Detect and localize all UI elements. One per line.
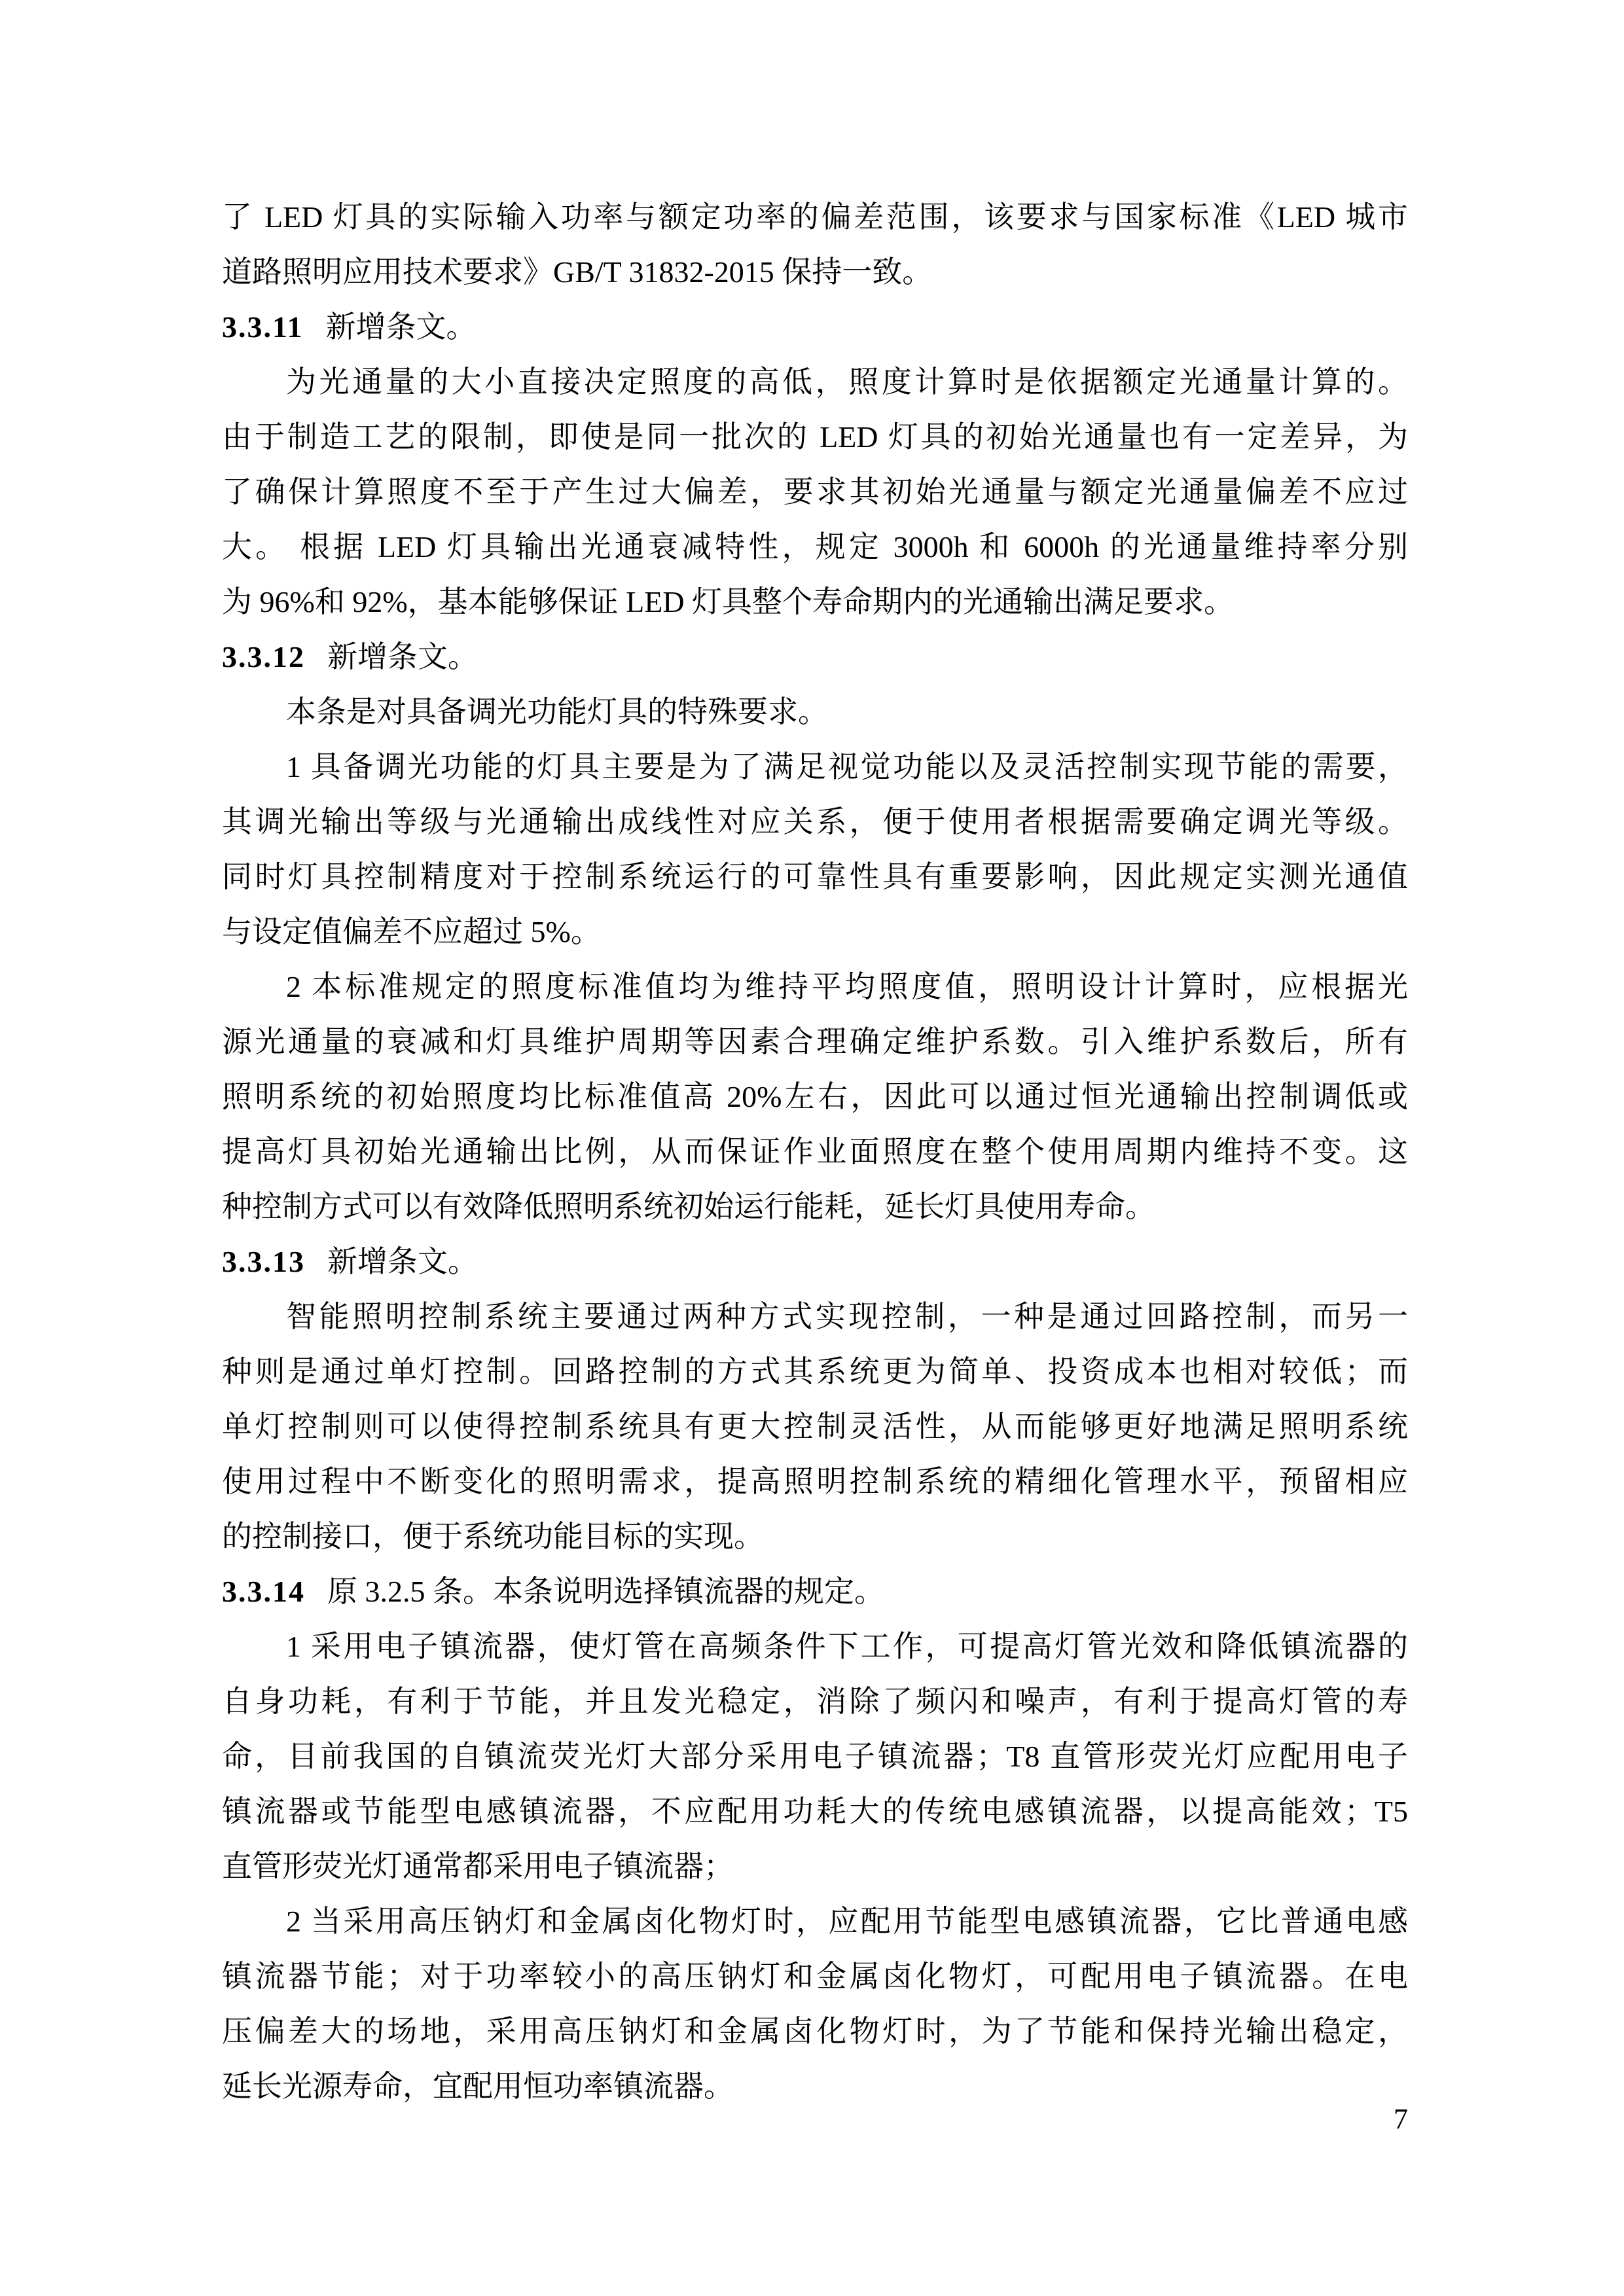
section-number: 3.3.13 [222,1245,305,1278]
section-heading: 3.3.12新增条文。 [222,630,1408,685]
text-line: 为 96%和 92%，基本能够保证 LED 灯具整个寿命期内的光通输出满足要求。 [222,575,1408,630]
text-line: 大。 根据 LED 灯具输出光通衰减特性，规定 3000h 和 6000h 的光… [222,520,1408,575]
text-line: 源光通量的衰减和灯具维护周期等因素合理确定维护系数。引入维护系数后，所有 [222,1014,1408,1069]
text-line: 与设定值偏差不应超过 5%。 [222,905,1408,960]
text-line: 道路照明应用技术要求》GB/T 31832-2015 保持一致。 [222,245,1408,300]
text-line: 其调光输出等级与光通输出成线性对应关系，便于使用者根据需要确定调光等级。 [222,795,1408,850]
text-line: 压偏差大的场地，采用高压钠灯和金属卤化物灯时，为了节能和保持光输出稳定， [222,2004,1408,2059]
section-number: 3.3.12 [222,640,305,673]
text-line: 命，目前我国的自镇流荧光灯大部分采用电子镇流器；T8 直管形荧光灯应配用电子 [222,1729,1408,1784]
text-line: 1 具备调光功能的灯具主要是为了满足视觉功能以及灵活控制实现节能的需要， [222,740,1408,795]
text-line: 智能照明控制系统主要通过两种方式实现控制，一种是通过回路控制，而另一 [222,1289,1408,1344]
section-title: 新增条文。 [327,1245,478,1278]
text-line: 为光通量的大小直接决定照度的高低，照度计算时是依据额定光通量计算的。 [222,355,1408,410]
text-line: 由于制造工艺的限制，即使是同一批次的 LED 灯具的初始光通量也有一定差异，为 [222,410,1408,465]
text-line: 2 本标准规定的照度标准值均为维持平均照度值，照明设计计算时，应根据光 [222,960,1408,1014]
text-line: 使用过程中不断变化的照明需求，提高照明控制系统的精细化管理水平，预留相应 [222,1454,1408,1509]
text-line: 提高灯具初始光通输出比例，从而保证作业面照度在整个使用周期内维持不变。这 [222,1124,1408,1179]
page-number: 7 [1394,2098,1408,2141]
text-line: 的控制接口，便于系统功能目标的实现。 [222,1509,1408,1564]
text-line: 照明系统的初始照度均比标准值高 20%左右，因此可以通过恒光通输出控制调低或 [222,1069,1408,1124]
section-heading: 3.3.11新增条文。 [222,300,1408,355]
text-line: 直管形荧光灯通常都采用电子镇流器； [222,1839,1408,1894]
text-line: 单灯控制则可以使得控制系统具有更大控制灵活性，从而能够更好地满足照明系统 [222,1399,1408,1454]
section-number: 3.3.11 [222,310,303,344]
text-line: 2 当采用高压钠灯和金属卤化物灯时，应配用节能型电感镇流器，它比普通电感 [222,1894,1408,1949]
text-line: 了 LED 灯具的实际输入功率与额定功率的偏差范围，该要求与国家标准《LED 城… [222,190,1408,245]
document-page: 了 LED 灯具的实际输入功率与额定功率的偏差范围，该要求与国家标准《LED 城… [0,0,1624,2296]
text-line: 种则是通过单灯控制。回路控制的方式其系统更为简单、投资成本也相对较低；而 [222,1344,1408,1399]
text-line: 同时灯具控制精度对于控制系统运行的可靠性具有重要影响，因此规定实测光通值 [222,850,1408,905]
section-heading: 3.3.14原 3.2.5 条。本条说明选择镇流器的规定。 [222,1564,1408,1619]
document-body: 了 LED 灯具的实际输入功率与额定功率的偏差范围，该要求与国家标准《LED 城… [222,190,1408,2114]
text-line: 本条是对具备调光功能灯具的特殊要求。 [222,685,1408,740]
text-line: 镇流器节能；对于功率较小的高压钠灯和金属卤化物灯，可配用电子镇流器。在电 [222,1949,1408,2004]
text-line: 1 采用电子镇流器，使灯管在高频条件下工作，可提高灯管光效和降低镇流器的 [222,1619,1408,1674]
text-line: 种控制方式可以有效降低照明系统初始运行能耗，延长灯具使用寿命。 [222,1179,1408,1234]
section-number: 3.3.14 [222,1575,305,1608]
section-title: 原 3.2.5 条。本条说明选择镇流器的规定。 [327,1575,884,1608]
section-title: 新增条文。 [325,310,476,344]
section-title: 新增条文。 [327,640,478,673]
text-line: 镇流器或节能型电感镇流器，不应配用功耗大的传统电感镇流器，以提高能效；T5 [222,1784,1408,1839]
text-line: 自身功耗，有利于节能，并且发光稳定，消除了频闪和噪声，有利于提高灯管的寿 [222,1674,1408,1729]
section-heading: 3.3.13新增条文。 [222,1234,1408,1289]
text-line: 延长光源寿命，宜配用恒功率镇流器。 [222,2059,1408,2114]
text-line: 了确保计算照度不至于产生过大偏差，要求其初始光通量与额定光通量偏差不应过 [222,465,1408,520]
